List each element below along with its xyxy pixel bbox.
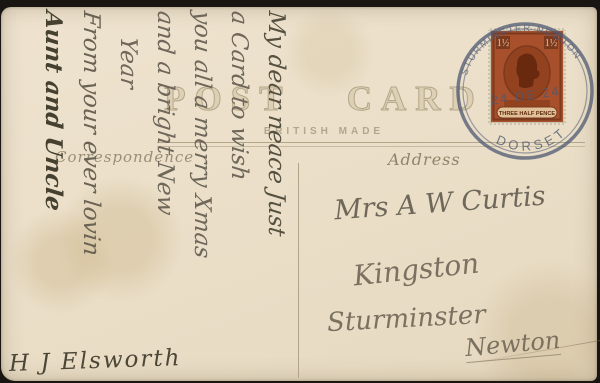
address-town: Sturminster <box>326 300 486 338</box>
message-line: Year <box>109 9 146 369</box>
message-line: My dear neace Just <box>257 9 294 369</box>
message-line: From your ever lovin <box>72 9 109 369</box>
address-street: Kingston <box>352 246 481 292</box>
message-line: a Card to wish <box>220 9 257 369</box>
message-line: and a bright New <box>146 9 183 369</box>
postcard-back: POST CARD BRITISH MADE Correspondence Ad… <box>1 7 597 381</box>
center-divider <box>298 163 299 378</box>
postmark-date: 24 DE 24 <box>490 83 562 108</box>
message-line: you all a merry Xmas <box>183 9 220 369</box>
message-line: Aunt and Uncle <box>35 9 72 369</box>
handwritten-message: My dear neace Just a Card to wish you al… <box>35 11 294 367</box>
address-recipient: Mrs A W Curtis <box>333 181 546 227</box>
address-label: Address <box>388 150 461 169</box>
address-town2: Newton <box>464 326 561 363</box>
message-signature: H J Elsworth <box>9 345 182 377</box>
postcard-photo: POST CARD BRITISH MADE Correspondence Ad… <box>0 0 600 383</box>
postmark: STURMINSTER NEWTON DORSET 24 DE 24 <box>440 6 600 175</box>
